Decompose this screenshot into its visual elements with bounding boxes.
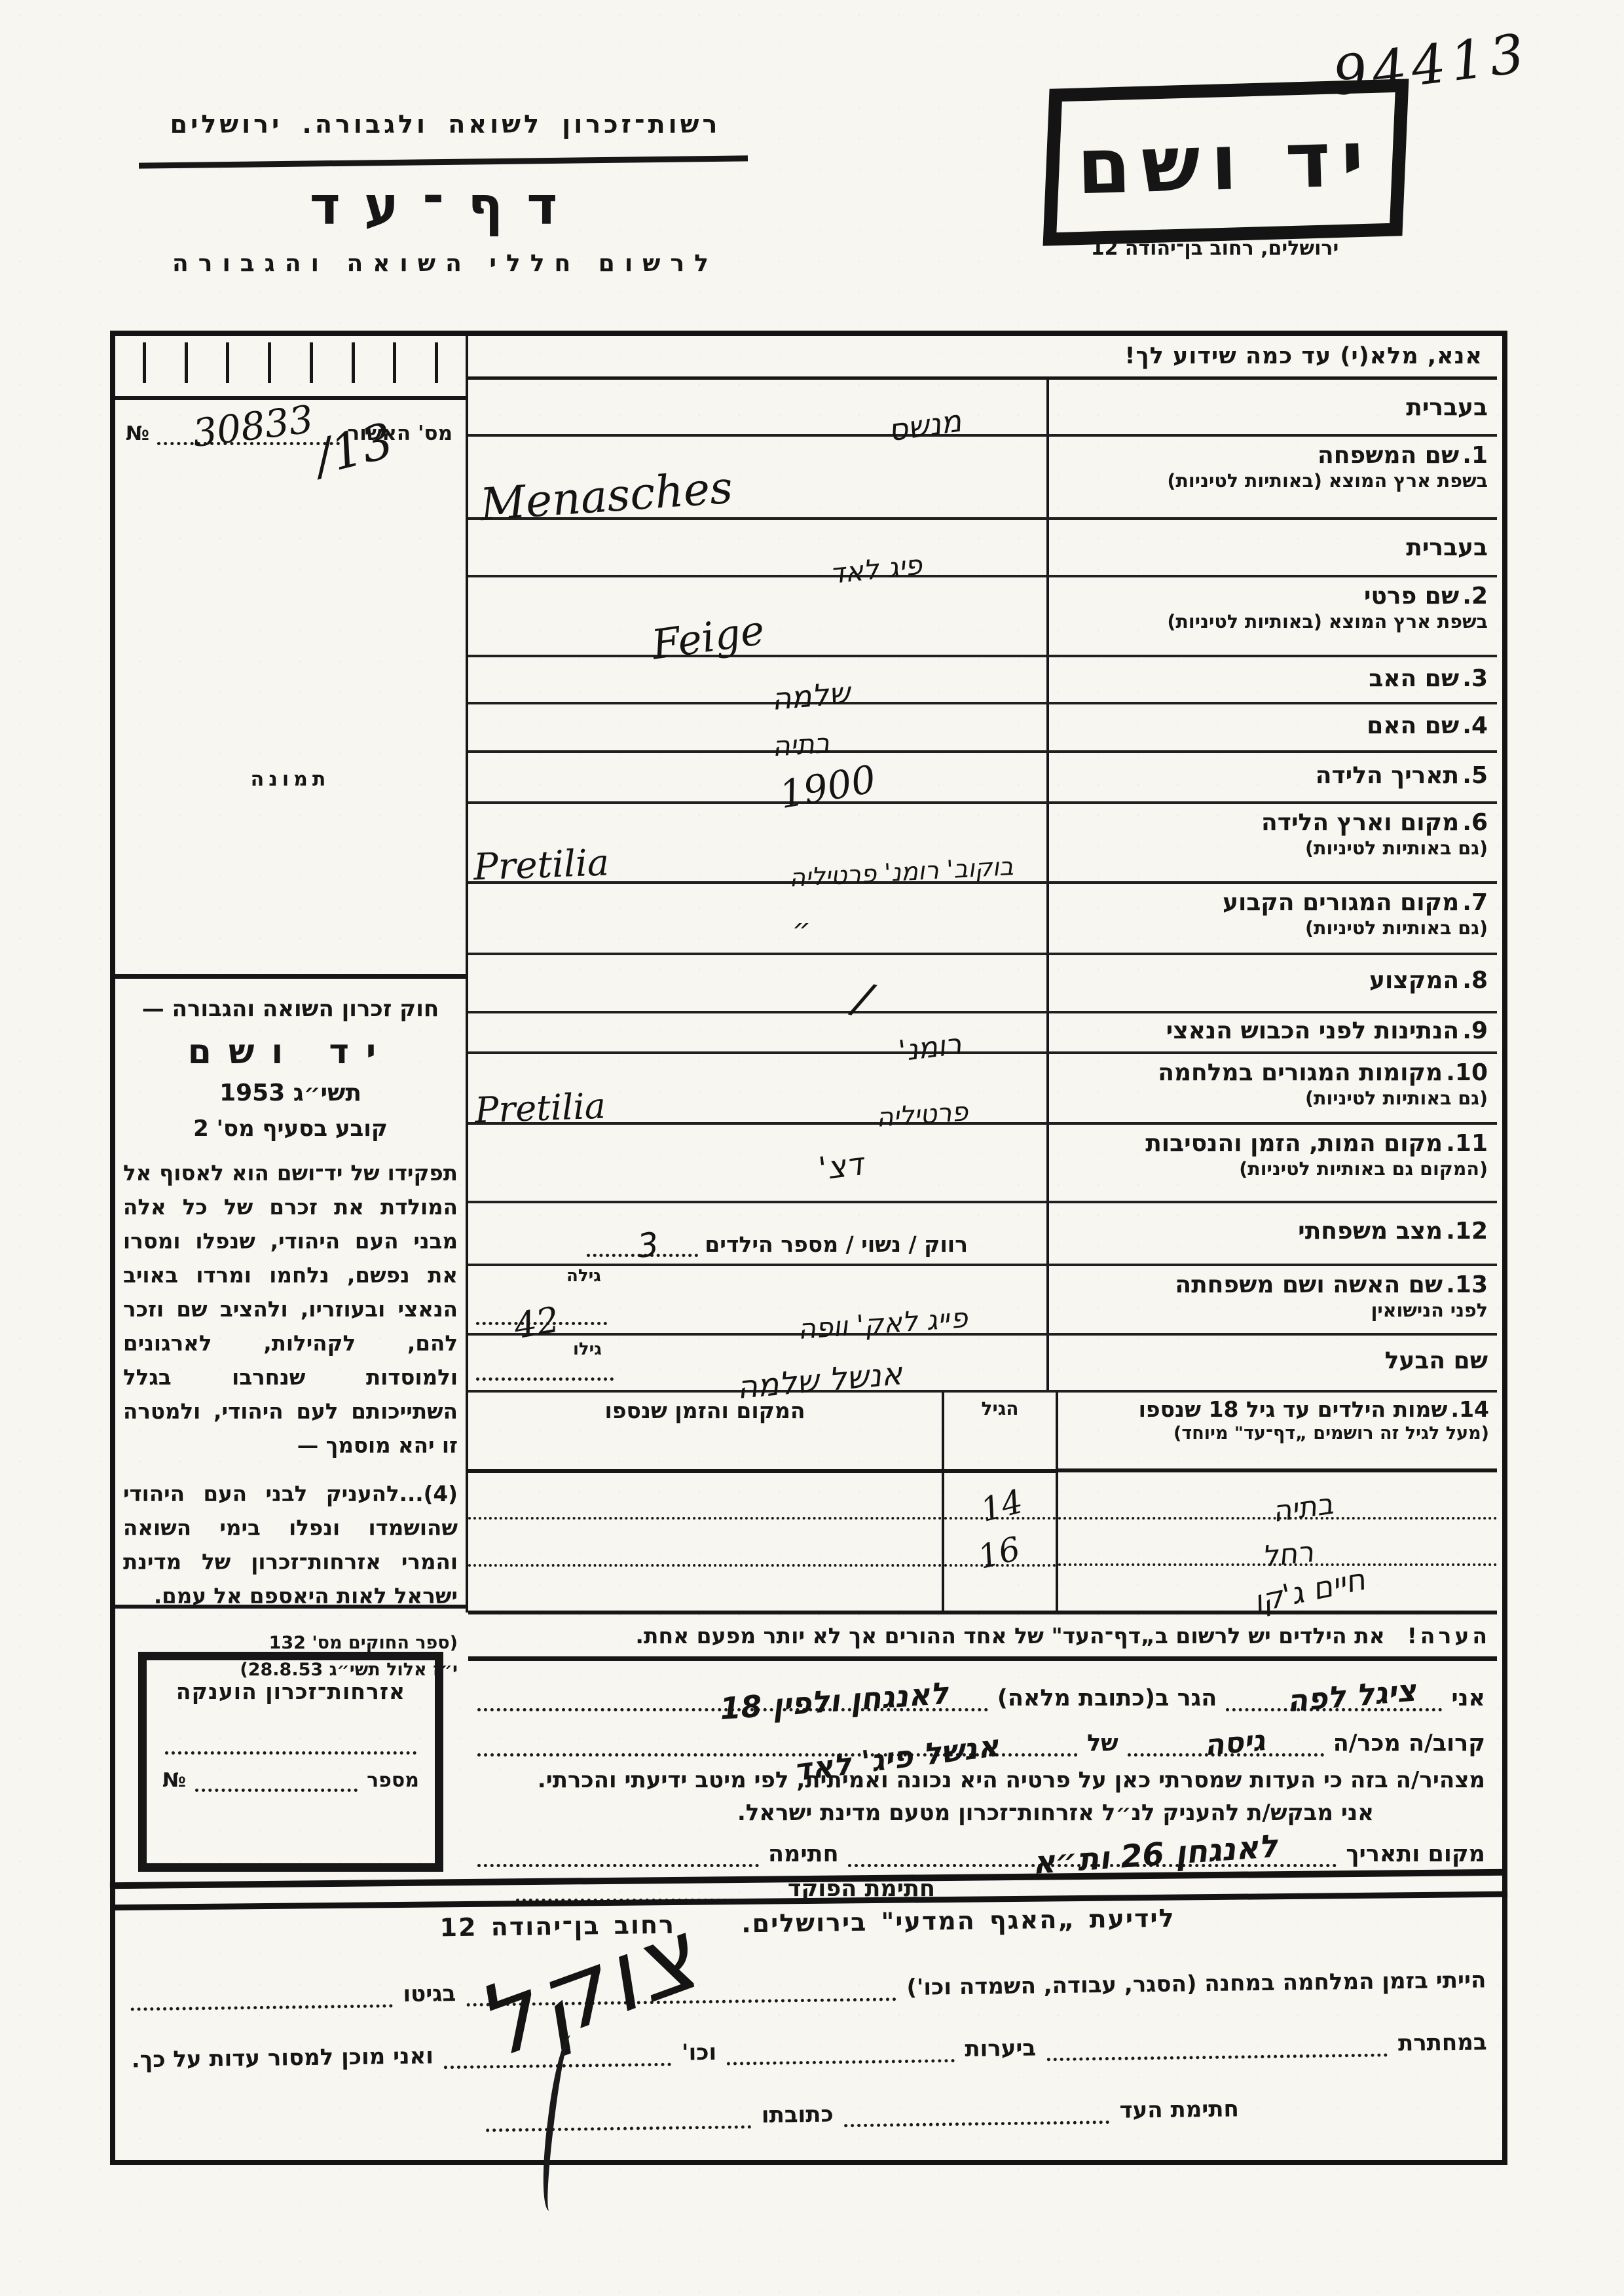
children-names-column: 14. שמות הילדים עד גיל 18 שנספו (מעל לגי… [1056,1393,1497,1611]
husband-age-label: גילו [573,1339,602,1359]
field-13-sublabel: לפני הנישואין [1056,1300,1488,1321]
yad-vashem-logo-text: יד ושם [1076,113,1376,211]
field-11-sublabel: (המקום גם באותיות לטיניות) [1056,1158,1488,1180]
declaration-block: אני ציגל לפה הגר ב(כתובת מלאה) לאנגחן ול… [468,1661,1497,1902]
husband-age-line [476,1377,614,1381]
relation-line: גיסה [1128,1728,1324,1757]
field-13-row: 13. שם האשה ושם משפחתה לפני הנישואין פײג… [468,1266,1497,1336]
scientific-branch-section: לידיעת „האגף המדעי" בירושלים. רחוב בן־יה… [130,1899,1488,2136]
husband-row: שם הבעל אנשל שלמה גילו [468,1336,1497,1393]
field-6-sublabel: (גם באותיות לטיניות) [1056,837,1488,859]
field-1-hebrew-label: בעברית [1406,394,1488,421]
death-place-handwriting: דצ' [817,1146,865,1188]
field-5-row: 5. תאריך הלידה 1900 [468,753,1497,804]
place-date-label: מקום ותאריך [1346,1841,1485,1867]
number-sign: № [126,422,149,445]
children-place-column: המקום והזמן שנספו [468,1393,942,1611]
memorial-authority-line: רשות־זכרון לשואה ולגבורה. ירושלים [151,110,740,139]
children-table: 14. שמות הילדים עד גיל 18 שנספו (מעל לגי… [468,1393,1497,1614]
fields-area: אנא, מלא(י) עד כמה שידוע לך! בעברית מנשס… [468,336,1497,1902]
child-age-cell [944,1567,1056,1611]
field-12-label: מצב משפחתי [1298,1218,1443,1245]
witness-address-label: כתובתו [762,2102,834,2128]
witness-signature-label: חתימת העד [1119,2096,1239,2123]
law-yad-vashem: יד ושם [123,1032,458,1072]
witness-address-handwriting: לאנגחן ולפין 18 [719,1675,950,1726]
law-year: תשי״ג 1953 [123,1080,458,1106]
marital-options: רווק / נשוי / מספר הילדים [705,1231,968,1257]
field-5-label: תאריך הלידה [1316,762,1459,789]
i-label: אני [1451,1685,1485,1711]
children-count-line: 3 [587,1234,698,1257]
war-residence-latin-handwriting: Pretilia [474,1085,606,1131]
field-1-hebrew-row: בעברית מנשס [468,380,1497,437]
children-count-handwriting: 3 [636,1225,662,1266]
child-3-name-handwriting: חיים ג'קו [1251,1561,1369,1620]
certificate-number-row: מס' האשור 30833 № [115,400,466,445]
field-2-hebrew-row: בעברית פיג לאד [468,520,1497,577]
underground-label: במחתרת [1398,2029,1487,2056]
field-3-label: שם האב [1369,665,1459,692]
field-9-label: הנתינות לפני הכבוש הנאצי [1166,1017,1460,1044]
left-column: מס' האשור 30833 № /13 תמונה חוק זכרון הש… [115,336,466,464]
witness-address-line: לאנגחן ולפין 18 [477,1683,988,1711]
relationship-line: קרוב/ה מכר/ה גיסה של אנשל פיג' לאד [477,1728,1485,1757]
field-13-label: שם האשה ושם משפחתה [1175,1271,1443,1298]
of-label: של [1087,1730,1118,1757]
form-frame: מס' האשור 30833 № /13 תמונה חוק זכרון הש… [110,331,1507,2165]
fill-in-request: אנא, מלא(י) עד כמה שידוע לך! [468,336,1497,380]
witness-identity-line: אני ציגל לפה הגר ב(כתובת מלאה) לאנגחן ול… [477,1683,1485,1711]
field-14-label: שמות הילדים עד גיל 18 שנספו [1139,1396,1448,1422]
forests-label: ביערות [965,2035,1036,2062]
law-body-2: (4)...להעניק לבני העם היהודי שהושמדו ונפ… [123,1477,458,1613]
field-6-label: מקום וארץ הלידה [1261,809,1459,836]
children-age-column: הגיל 14 16 [942,1393,1056,1611]
husband-label: שם הבעל [1385,1347,1488,1374]
grant-number-line [195,1764,358,1792]
relation-handwriting: גיסה [1203,1724,1266,1762]
relation-label: קרוב/ה מכר/ה [1333,1730,1485,1757]
child-name-cell: חיים ג'קו [1058,1566,1497,1611]
camp-text: הייתי בזמן המלחמה במחנה (הסגר, עבודה, הש… [906,1967,1486,2001]
birth-place-latin-handwriting: Pretilia [473,841,610,888]
declaration-text: מצהיר/ה בזה כי העדות שמסרתי כאן על פרטיה… [477,1767,1485,1793]
note-row: הערה! את הילדים יש לרשום ב„דף־העד" של אח… [468,1614,1497,1661]
field-10-sublabel: (גם באותיות לטיניות) [1056,1087,1488,1109]
field-7-row: 7. מקום המגורים הקבוע (גם באותיות לטיניו… [468,884,1497,955]
law-body: תפקידו של יד־ושם הוא לאסוף אל המולדת את … [123,1156,458,1463]
field-6-row: 6. מקום וארץ הלידה (גם באותיות לטיניות) … [468,804,1497,884]
law-section: קובע בסעיף מס' 2 [123,1116,458,1142]
underground-blank [1046,2028,1388,2061]
field-7-label: מקום המגורים הקבוע [1223,889,1459,916]
form-subtitle: לרשום חללי השואה והגבורה [151,250,740,277]
office-address: ירושלים, רחוב בן־יהודה 12 [1018,237,1411,260]
child-place-cell [468,1473,942,1520]
signature-label: חתימה [768,1841,839,1867]
field-1-row: 1. שם המשפחה בשפת ארץ המוצא (באותיות לטי… [468,437,1497,520]
forests-blank [727,2034,955,2066]
photo-area: תמונה [115,506,466,974]
field-2-label: שם פרטי [1364,583,1459,610]
child-place-cell [468,1567,942,1611]
witness-address-blank [486,2100,751,2132]
age-column-header: הגיל [982,1398,1019,1419]
field-10-label: מקומות המגורים במלחמה [1158,1059,1443,1086]
field-7-sublabel: (גם באותיות לטיניות) [1056,917,1488,939]
field-12-row: 12. מצב משפחתי רווק / נשוי / מספר הילדים… [468,1203,1497,1266]
yad-vashem-logo-stamp: יד ושם [1043,79,1409,246]
field-2-sublabel: בשפת ארץ המוצא (באותיות לטיניות) [1056,611,1488,632]
witness-name-handwriting: ציגל לפה [1285,1672,1418,1719]
field-1-label: שם המשפחה [1318,442,1459,469]
scanned-testimony-page: 94413 רשות־זכרון לשואה ולגבורה. ירושלים … [0,0,1624,2296]
grant-number-row: מספר № [162,1764,419,1792]
place-date-signature-line: מקום ותאריך לאנגחן 26 ות״א חתימה [477,1839,1485,1867]
child-place-cell [468,1520,942,1566]
field-9-row: 9. הנתינות לפני הכבוש הנאצי רומנ' [468,1013,1497,1054]
certificate-number-handwriting: 30833 [191,397,316,456]
relation-of-line: אנשל פיג' לאד [477,1728,1078,1757]
camp-line: הייתי בזמן המלחמה במחנה (הסגר, עבודה, הש… [130,1965,1486,2011]
witness-name-line: ציגל לפה [1226,1683,1442,1711]
photo-label: תמונה [115,768,466,791]
witness-signature-line: חתימת העד כתובתו [486,2094,1239,2132]
law-sidebar: חוק זכרון השואה והגבורה — יד ושם תשי״ג 1… [115,974,466,1609]
form-title-daf-ed: דף־עד [151,175,740,236]
field-8-row: 8. המקצוע ∕ [468,955,1497,1013]
certificate-stub: מס' האשור 30833 № /13 [115,336,466,464]
field-3-row: 3. שם האב שלמה [468,657,1497,704]
place-date-line: לאנגחן 26 ות״א [848,1839,1337,1867]
grant-number-sign: № [162,1769,186,1792]
wife-age-label: גילה [566,1266,601,1286]
ghetto-blank [130,1979,393,2011]
ghetto-label: בגיטו [403,1980,456,2007]
field-14-sublabel: (מעל לגיל זה רושמים „דף־עד" מיוחד) [1063,1423,1489,1444]
perforation-ticks [115,336,466,400]
field-4-label: שם האם [1367,712,1459,739]
underground-line: במחתרת ביערות וכו' ואני מוכן למסור עדות … [131,2027,1486,2073]
child-name-cell: רחל [1058,1520,1497,1567]
field-10-row: 10. מקומות המגורים במלחמה (גם באותיות לט… [468,1054,1497,1125]
field-4-row: 4. שם האם בתיה [468,704,1497,753]
child-age-cell: 16 [944,1520,1056,1566]
law-title: חוק זכרון השואה והגבורה — [123,996,458,1022]
child-name-cell: בתיה [1058,1472,1497,1520]
field-2-row: 2. שם פרטי בשפת ארץ המוצא (באותיות לטיני… [468,577,1497,657]
field-2-hebrew-label: בעברית [1406,534,1488,561]
residence-ditto-handwriting: ״ [792,913,811,946]
grant-number-label: מספר [367,1769,419,1792]
child-age-cell: 14 [944,1473,1056,1520]
address-label: הגר ב(כתובת מלאה) [997,1685,1217,1711]
grant-blank-line [165,1746,416,1755]
header-rule [139,155,748,168]
memorial-citizenship-box: אזרחות־זכרון הוענקה מספר № [138,1652,443,1872]
ready-to-testify-text: ואני מוכן למסור עדות על כך. [131,2043,434,2073]
etc-label: וכו' [682,2039,717,2066]
field-11-row: 11. מקום המות, הזמן והנסיבות (המקום גם ב… [468,1125,1497,1203]
field-11-label: מקום המות, הזמן והנסיבות [1145,1130,1443,1157]
request-text: אני מבקש/ת להעניק לנ״ל אזרחות־זכרון מטעם… [477,1800,1485,1826]
note-label: הערה! [1407,1623,1490,1649]
field-1-sublabel: בשפת ארץ המוצא (באותיות לטיניות) [1056,470,1488,492]
signature-line [477,1839,759,1867]
grant-title: אזרחות־זכרון הוענקה [147,1679,435,1704]
witness-signature-blank [843,2096,1109,2127]
note-text: את הילדים יש לרשום ב„דף־העד" של אחד ההור… [635,1623,1384,1649]
field-8-label: המקצוע [1369,967,1459,994]
